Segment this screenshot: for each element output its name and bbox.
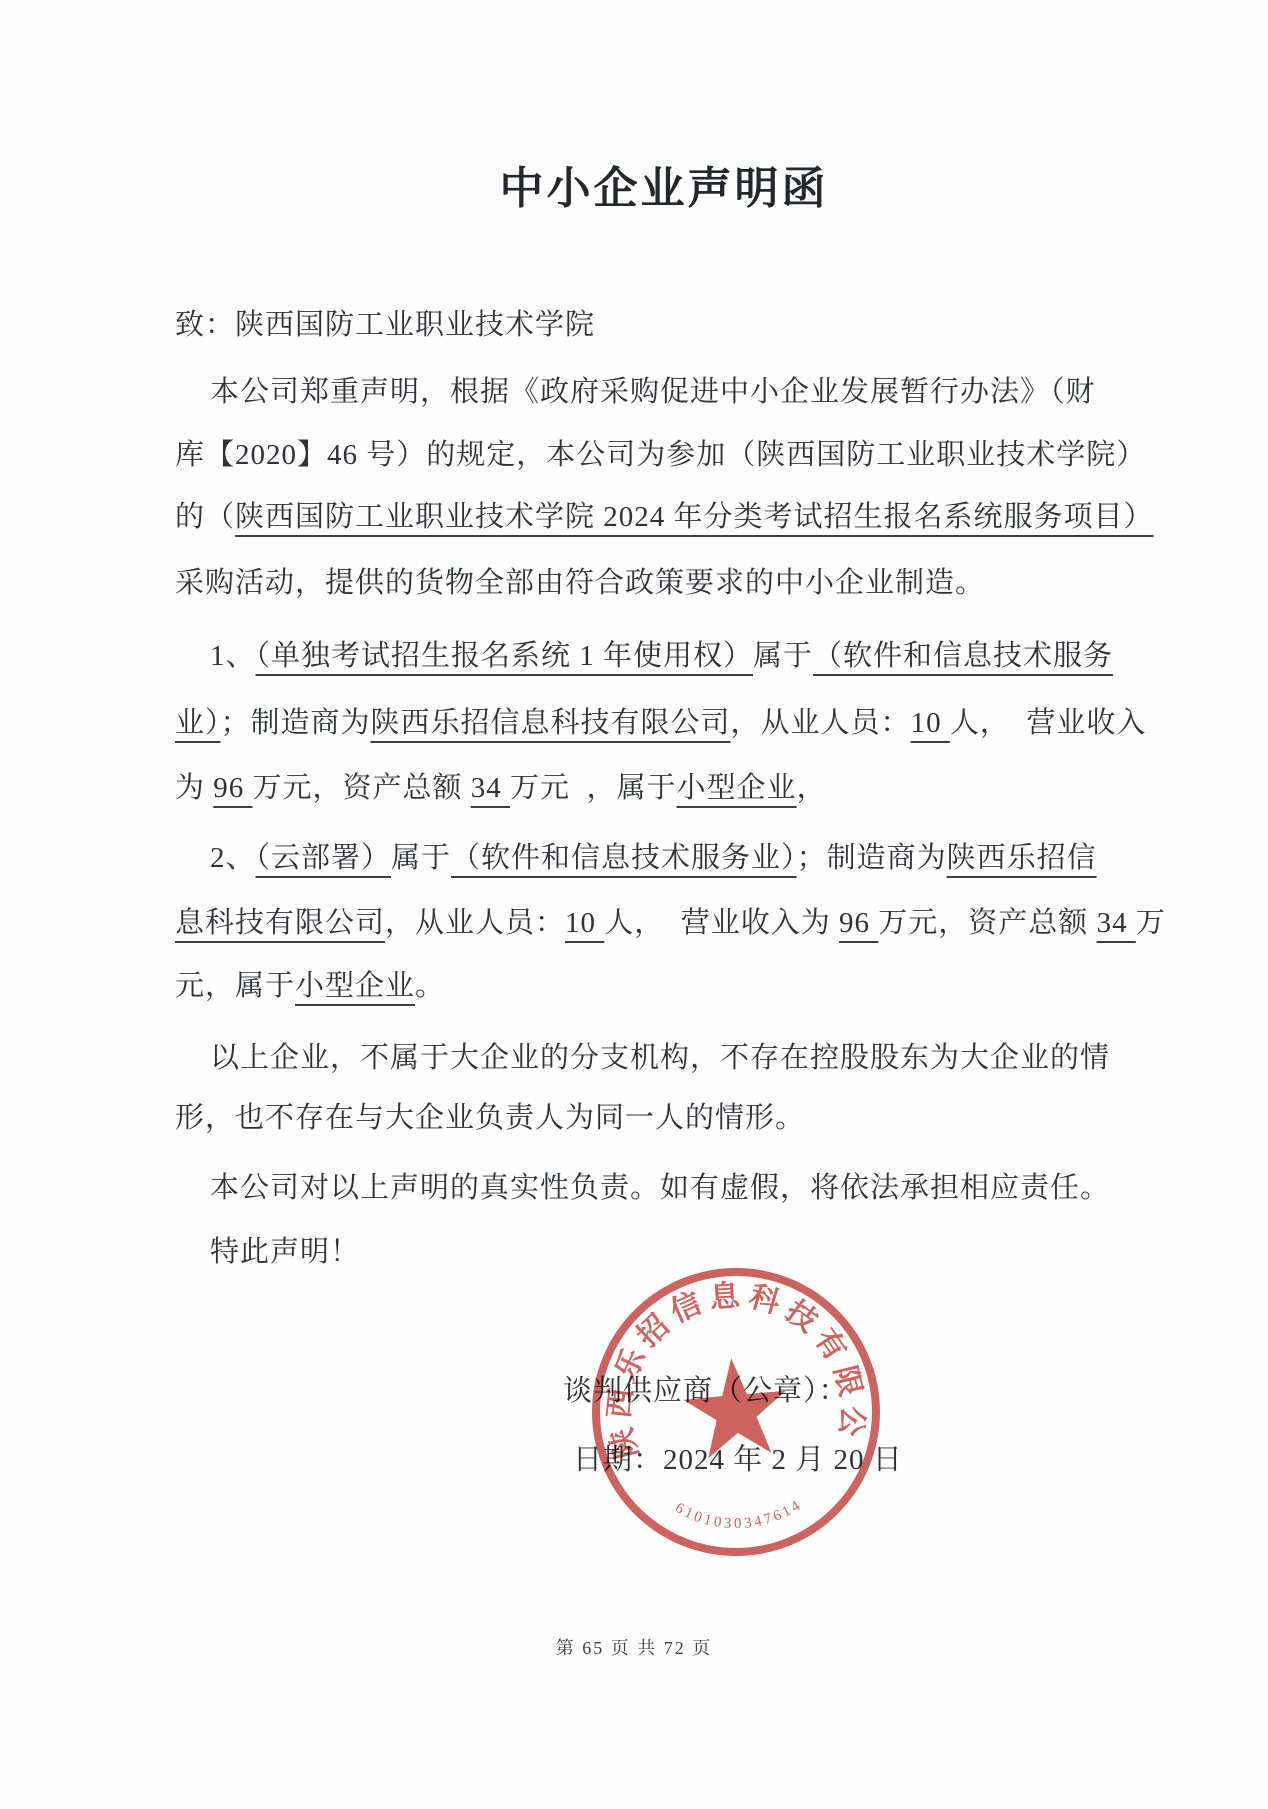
underlined-text-segment: 10 (911, 707, 950, 739)
underlined-text-segment: 陕西乐招信息科技有限公司 (371, 707, 731, 739)
underlined-text-segment: 96 (839, 907, 878, 939)
text-segment: 2、 (210, 842, 256, 874)
text-segment: ；制造商为 (797, 842, 947, 874)
text-segment: 致：陕西国防工业职业技术学院 (175, 309, 595, 341)
text-segment: 元，属于 (175, 970, 295, 1002)
company-seal-stamp: 陕西乐招信息科技有限公司 6101030347614 (573, 1249, 898, 1574)
underlined-text-segment: 34 (471, 772, 510, 804)
text-line: 形，也不存在与大企业负责人为同一人的情形。 (175, 1098, 1175, 1138)
text-segment: 为 (175, 772, 213, 804)
underlined-text-segment: 10 (565, 907, 604, 939)
underlined-text-segment: 陕西国防工业职业技术学院 2024 年分类考试招生报名系统服务项目） (235, 501, 1154, 533)
stamp-star-icon (680, 1354, 791, 1460)
underlined-text-segment: （软件和信息技术服务业） (451, 842, 797, 874)
document-page: 中小企业声明函 致：陕西国防工业职业技术学院本公司郑重声明，根据《政府采购促进中… (0, 0, 1268, 1809)
text-segment: 万元，资产总额 (253, 772, 471, 804)
text-line: 库【2020】46 号）的规定，本公司为参加（陕西国防工业职业技术学院） (175, 435, 1175, 475)
text-line: 的（陕西国防工业职业技术学院 2024 年分类考试招生报名系统服务项目） (175, 497, 1175, 537)
text-segment: 1、 (210, 640, 256, 672)
text-segment: 本公司郑重声明，根据《政府采购促进中小企业发展暂行办法》（财 (210, 376, 1096, 408)
underlined-text-segment: 小型企业 (677, 772, 797, 804)
page-number-footer: 第 65 页 共 72 页 (0, 1634, 1268, 1660)
text-segment: ，从业人员： (731, 707, 911, 739)
text-segment: 库【2020】46 号）的规定，本公司为参加（陕西国防工业职业技术学院） (175, 439, 1146, 471)
text-line: 为 96 万元，资产总额 34 万元 ，属于小型企业， (175, 768, 1175, 808)
text-line: 业）；制造商为陕西乐招信息科技有限公司，从业人员：10 人， 营业收入 (175, 703, 1175, 743)
text-segment: 。 (415, 970, 445, 1002)
text-segment: 人， 营业收入为 (604, 907, 839, 939)
text-segment: 的（ (175, 501, 235, 533)
text-line: 致：陕西国防工业职业技术学院 (175, 305, 1175, 345)
text-segment: ；制造商为 (221, 707, 371, 739)
underlined-text-segment: 小型企业 (295, 970, 415, 1002)
text-segment: 万元，资产总额 (878, 907, 1096, 939)
text-line: 1、（单独考试招生报名系统 1 年使用权）属于（软件和信息技术服务 (175, 636, 1175, 676)
text-line: 元，属于小型企业。 (175, 966, 1175, 1006)
text-line: 息科技有限公司，从业人员：10 人， 营业收入为 96 万元，资产总额 34 万 (175, 903, 1175, 943)
document-title: 中小企业声明函 (60, 152, 1268, 216)
text-segment: 特此声明！ (210, 1236, 360, 1268)
text-segment: 人， 营业收入 (950, 707, 1147, 739)
text-segment: ， (797, 772, 827, 804)
underlined-text-segment: （云部署） (256, 842, 392, 874)
text-segment: 属于 (391, 842, 451, 874)
text-line: 采购活动，提供的货物全部由符合政策要求的中小企业制造。 (175, 563, 1175, 603)
text-line: 以上企业，不属于大企业的分支机构，不存在控股股东为大企业的情 (175, 1038, 1175, 1078)
underlined-text-segment: 业） (175, 707, 221, 739)
text-line: 本公司郑重声明，根据《政府采购促进中小企业发展暂行办法》（财 (175, 372, 1175, 412)
text-segment: 以上企业，不属于大企业的分支机构，不存在控股股东为大企业的情 (210, 1042, 1110, 1074)
text-segment: 采购活动，提供的货物全部由符合政策要求的中小企业制造。 (175, 567, 985, 599)
underlined-text-segment: 陕西乐招信 (947, 842, 1097, 874)
underlined-text-segment: （软件和信息技术服务 (813, 640, 1113, 672)
underlined-text-segment: （单独考试招生报名系统 1 年使用权） (256, 640, 754, 672)
text-segment: 万元 ，属于 (510, 772, 677, 804)
text-segment: ，从业人员： (385, 907, 565, 939)
text-segment: 万 (1136, 907, 1166, 939)
text-segment: 本公司对以上声明的真实性负责。如有虚假，将依法承担相应责任。 (210, 1172, 1110, 1204)
underlined-text-segment: 34 (1097, 907, 1136, 939)
text-line: 本公司对以上声明的真实性负责。如有虚假，将依法承担相应责任。 (175, 1168, 1175, 1208)
text-line: 2、（云部署）属于（软件和信息技术服务业）；制造商为陕西乐招信 (175, 838, 1175, 878)
underlined-text-segment: 息科技有限公司 (175, 907, 385, 939)
text-segment: 属于 (753, 640, 813, 672)
text-segment: 形，也不存在与大企业负责人为同一人的情形。 (175, 1102, 805, 1134)
underlined-text-segment: 96 (213, 772, 252, 804)
stamp-registration-number: 6101030347614 (671, 1489, 807, 1538)
